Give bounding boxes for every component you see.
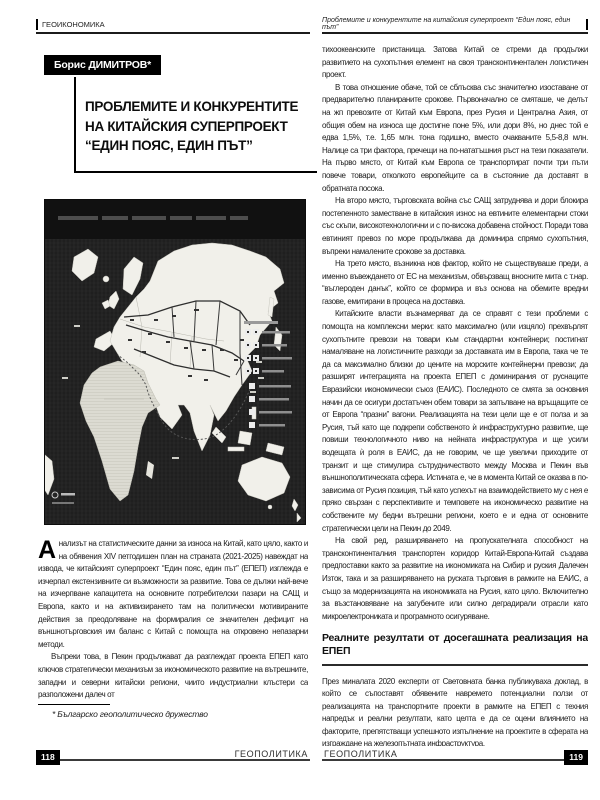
- belt-and-road-map-image: [44, 199, 306, 525]
- page-number-right: 119: [564, 750, 588, 765]
- footnote: * Българско геополитическо дружество: [52, 709, 208, 719]
- running-head-left: ГЕОИКОНОМИКА: [36, 16, 310, 34]
- page-number-left: 118: [36, 750, 60, 765]
- article-body-left-column: Анализът на статистическите данни за изн…: [38, 538, 308, 701]
- drop-cap: А: [38, 539, 56, 562]
- page-footer-right: ГЕОПОЛИТИКА 119: [322, 750, 588, 765]
- article-title-line-2: НА КИТАЙСКИЯ СУПЕРПРОЕКТ: [85, 117, 317, 137]
- article-title: ПРОБЛЕМИТЕ И КОНКУРЕНТИТЕ НА КИТАЙСКИЯ С…: [74, 77, 317, 173]
- paragraph: Анализът на статистическите данни за изн…: [38, 538, 308, 651]
- footnote-separator: [38, 704, 110, 705]
- page-footer-left: 118 ГЕОПОЛИТИКА: [36, 750, 310, 765]
- article-body-right-column: тихоокеанските пристанища. Затова Китай …: [322, 44, 588, 746]
- author-box: Борис ДИМИТРОВ*: [44, 55, 161, 75]
- paragraph: През миналата 2020 експерти от Световнат…: [322, 676, 588, 747]
- running-head-right: Проблемите и конкурентите на китайския с…: [322, 16, 588, 34]
- running-head-right-label: Проблемите и конкурентите на китайския с…: [322, 17, 582, 31]
- article-title-line-1: ПРОБЛЕМИТЕ И КОНКУРЕНТИТЕ: [85, 97, 317, 117]
- running-head-bar: [36, 19, 38, 30]
- running-head-left-label: ГЕОИКОНОМИКА: [42, 20, 105, 29]
- journal-name: ГЕОПОЛИТИКА: [324, 749, 397, 759]
- footer-rule: [36, 759, 310, 761]
- paragraph-text: нализът на статистическите данни за изно…: [38, 539, 308, 649]
- paragraph: На второ място, търговската война със СА…: [322, 195, 588, 258]
- section-subheading: Реалните резултати от досегашната реализ…: [322, 632, 588, 665]
- belt-and-road-map-figure: [44, 199, 306, 525]
- journal-name: ГЕОПОЛИТИКА: [235, 749, 308, 759]
- footer-rule: [322, 759, 588, 761]
- paragraph: На трето място, възникна нов фактор, кой…: [322, 258, 588, 308]
- running-head-bar: [586, 19, 588, 30]
- article-title-line-3: “ЕДИН ПОЯС, ЕДИН ПЪТ”: [85, 136, 317, 156]
- paragraph: В това отношение обаче, той се сблъсква …: [322, 82, 588, 195]
- journal-spread: ГЕОИКОНОМИКА Борис ДИМИТРОВ* ПРОБЛЕМИТЕ …: [0, 0, 600, 800]
- paragraph: Китайските власти възнамеряват да се спр…: [322, 308, 588, 535]
- paragraph: тихоокеанските пристанища. Затова Китай …: [322, 44, 588, 82]
- paragraph: На свой ред, разширяването на пропускате…: [322, 535, 588, 623]
- paragraph: Въпреки това, в Пекин продължават да раз…: [38, 651, 308, 701]
